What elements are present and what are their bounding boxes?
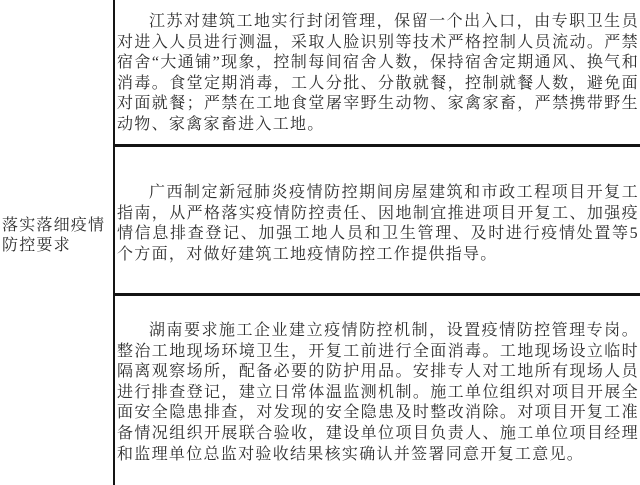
table-row-hunan: 湖南要求施工企业建立疫情防控机制，设置疫情防控管理专岗。整治工地现场环境卫生，开… xyxy=(115,296,640,485)
row-text-jiangsu: 江苏对建筑工地实行封闭管理，保留一个出入口，由专职卫生员对进入人员进行测温，采取… xyxy=(117,12,639,136)
row-text-guangxi: 广西制定新冠肺炎疫情防控期间房屋建筑和市政工程项目开复工指南，从严格落实疫情防控… xyxy=(117,183,639,265)
document-table: 落实落细疫情防控要求 江苏对建筑工地实行封闭管理，保留一个出入口，由专职卫生员对… xyxy=(0,0,640,485)
table-body: 江苏对建筑工地实行封闭管理，保留一个出入口，由专职卫生员对进入人员进行测温，采取… xyxy=(115,0,640,485)
row-header-label: 落实落细疫情防控要求 xyxy=(2,216,112,255)
table-row-jiangsu: 江苏对建筑工地实行封闭管理，保留一个出入口，由专职卫生员对进入人员进行测温，采取… xyxy=(115,0,640,147)
row-header-cell: 落实落细疫情防控要求 xyxy=(0,0,113,485)
row-text-hunan: 湖南要求施工企业建立疫情防控机制，设置疫情防控管理专岗。整治工地现场环境卫生，开… xyxy=(117,321,639,465)
table-row-guangxi: 广西制定新冠肺炎疫情防控期间房屋建筑和市政工程项目开复工指南，从严格落实疫情防控… xyxy=(115,147,640,296)
